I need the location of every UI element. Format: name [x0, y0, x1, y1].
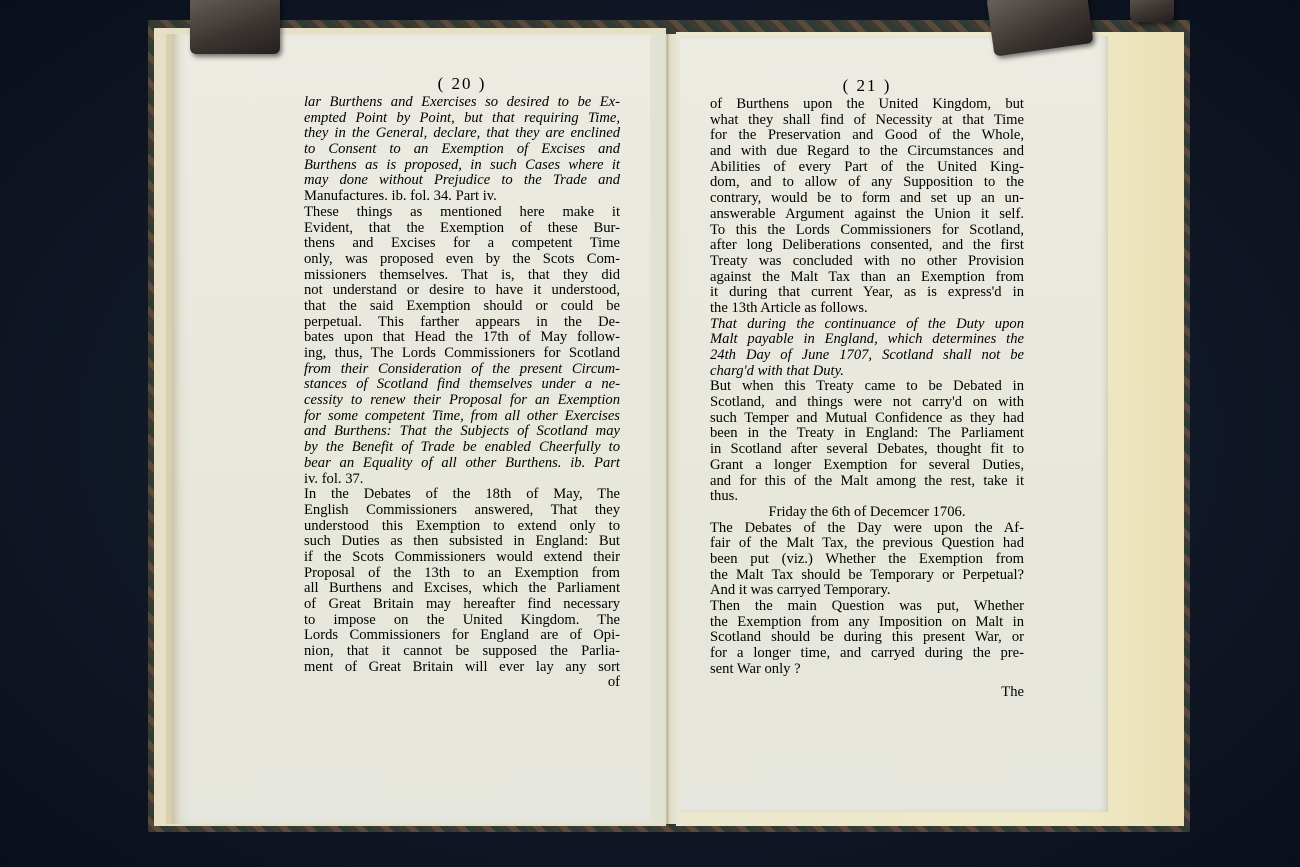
text-line: the 13th Article as follows. — [710, 301, 1024, 317]
catchword-left: of — [304, 675, 620, 691]
text-line: Evident, that the Exemption of these Bur… — [304, 221, 620, 237]
text-line: The Debates of the Day were upon the Af- — [710, 521, 1024, 537]
page-clip-right-2 — [1130, 0, 1174, 22]
text-line: Then the main Question was put, Whether — [710, 599, 1024, 615]
text-line: been put (viz.) Whether the Exemption fr… — [710, 552, 1024, 568]
text-line: 24th Day of June 1707, Scotland shall no… — [710, 348, 1024, 364]
text-line: Lords Commissioners for England are of O… — [304, 628, 620, 644]
text-line: thus. — [710, 489, 1024, 505]
text-line: against the Malt Tax than an Exemption f… — [710, 270, 1024, 286]
catchword-right: The — [710, 685, 1024, 701]
text-line: not understand or desire to have it unde… — [304, 283, 620, 299]
text-line: and for this of the Malt among the rest,… — [710, 474, 1024, 490]
right-page-lines: of Burthens upon the United Kingdom, but… — [710, 97, 1024, 677]
text-line: what they shall find of Necessity at tha… — [710, 113, 1024, 129]
text-line: the Malt Tax should be Temporary or Perp… — [710, 568, 1024, 584]
text-line: English Commissioners answered, That the… — [304, 503, 620, 519]
text-line: lar Burthens and Exercises so desired to… — [304, 95, 620, 111]
text-line: all Burthens and Excises, which the Parl… — [304, 581, 620, 597]
text-line: ment of Great Britain will ever lay any … — [304, 660, 620, 676]
text-line: after long Deliberations consented, and … — [710, 238, 1024, 254]
left-page-text: ( 20 ) lar Burthens and Exercises so des… — [304, 74, 620, 691]
text-line: and with due Regard to the Circumstances… — [710, 144, 1024, 160]
text-line: ing, thus, The Lords Commissioners for S… — [304, 346, 620, 362]
text-line: for some competent Time, from all other … — [304, 409, 620, 425]
text-line: been in the Treaty in England: The Parli… — [710, 426, 1024, 442]
text-line: that the said Exemption should or could … — [304, 299, 620, 315]
text-line: stances of Scotland find themselves unde… — [304, 377, 620, 393]
text-line: for the Preservation and Good of the Who… — [710, 128, 1024, 144]
text-line: And it was carryed Temporary. — [710, 583, 1024, 599]
text-line: To this the Lords Commissioners for Scot… — [710, 223, 1024, 239]
text-line: of Burthens upon the United Kingdom, but — [710, 97, 1024, 113]
page-number-left: ( 20 ) — [304, 74, 620, 94]
text-line: bear an Equality of all other Burthens. … — [304, 456, 620, 472]
text-line: In the Debates of the 18th of May, The — [304, 487, 620, 503]
text-line: Burthens as is proposed, in such Cases w… — [304, 158, 620, 174]
text-line: in Scotland after several Debates, thoug… — [710, 442, 1024, 458]
text-line: from their Consideration of the present … — [304, 362, 620, 378]
text-line: nion, that it cannot be supposed the Par… — [304, 644, 620, 660]
text-line: the Exemption from any Imposition on Mal… — [710, 615, 1024, 631]
text-line: thens and Excises for a competent Time — [304, 236, 620, 252]
text-line: such Temper and Mutual Confidence as the… — [710, 411, 1024, 427]
text-line: they in the General, declare, that they … — [304, 126, 620, 142]
text-line: it during that current Year, as is expre… — [710, 285, 1024, 301]
text-line: by the Benefit of Trade be enabled Cheer… — [304, 440, 620, 456]
text-line: contrary, would be to form and set up an… — [710, 191, 1024, 207]
text-line: Scotland should be during this present W… — [710, 630, 1024, 646]
text-line: cessity to renew their Proposal for an E… — [304, 393, 620, 409]
text-line: Proposal of the 13th to an Exemption fro… — [304, 566, 620, 582]
text-line: Treaty was concluded with no other Provi… — [710, 254, 1024, 270]
text-line: charg'd with that Duty. — [710, 364, 1024, 380]
text-line: missioners themselves. That is, that the… — [304, 268, 620, 284]
text-line: Malt payable in England, which determine… — [710, 332, 1024, 348]
text-line: Friday the 6th of Decemcer 1706. — [710, 505, 1024, 521]
text-line: to impose on the United Kingdom. The — [304, 613, 620, 629]
page-number-right: ( 21 ) — [710, 76, 1024, 96]
text-line: answerable Argument against the Union it… — [710, 207, 1024, 223]
text-line: for a longer time, and carryed during th… — [710, 646, 1024, 662]
left-page-lines: lar Burthens and Exercises so desired to… — [304, 95, 620, 675]
text-line: But when this Treaty came to be Debated … — [710, 379, 1024, 395]
text-line: Abilities of every Part of the United Ki… — [710, 160, 1024, 176]
text-line: such Duties as then subsisted in England… — [304, 534, 620, 550]
text-line: Grant a longer Exemption for several Dut… — [710, 458, 1024, 474]
text-line: may done without Prejudice to the Trade … — [304, 173, 620, 189]
text-line: These things as mentioned here make it — [304, 205, 620, 221]
text-line: and Burthens: That the Subjects of Scotl… — [304, 424, 620, 440]
text-line: if the Scots Commissioners would extend … — [304, 550, 620, 566]
text-line: dom, and to allow of any Supposition to … — [710, 175, 1024, 191]
book-gutter — [650, 34, 678, 824]
text-line: only, was proposed even by the Scots Com… — [304, 252, 620, 268]
text-line: of Great Britain may hereafter find nece… — [304, 597, 620, 613]
text-line: iv. fol. 37. — [304, 472, 620, 488]
text-line: Manufactures. ib. fol. 34. Part iv. — [304, 189, 620, 205]
right-page-text: ( 21 ) of Burthens upon the United Kingd… — [710, 76, 1024, 701]
text-line: fair of the Malt Tax, the previous Quest… — [710, 536, 1024, 552]
text-line: bates upon that Head the 17th of May fol… — [304, 330, 620, 346]
text-line: Scotland, and things were not carry'd on… — [710, 395, 1024, 411]
text-line: empted Point by Point, but that requirin… — [304, 111, 620, 127]
text-line: That during the continuance of the Duty … — [710, 317, 1024, 333]
page-clip-left — [190, 0, 280, 54]
text-line: to Consent to an Exemption of Excises an… — [304, 142, 620, 158]
text-line: perpetual. This farther appears in the D… — [304, 315, 620, 331]
text-line: understood this Exemption to extend only… — [304, 519, 620, 535]
text-line: sent War only ? — [710, 662, 1024, 678]
